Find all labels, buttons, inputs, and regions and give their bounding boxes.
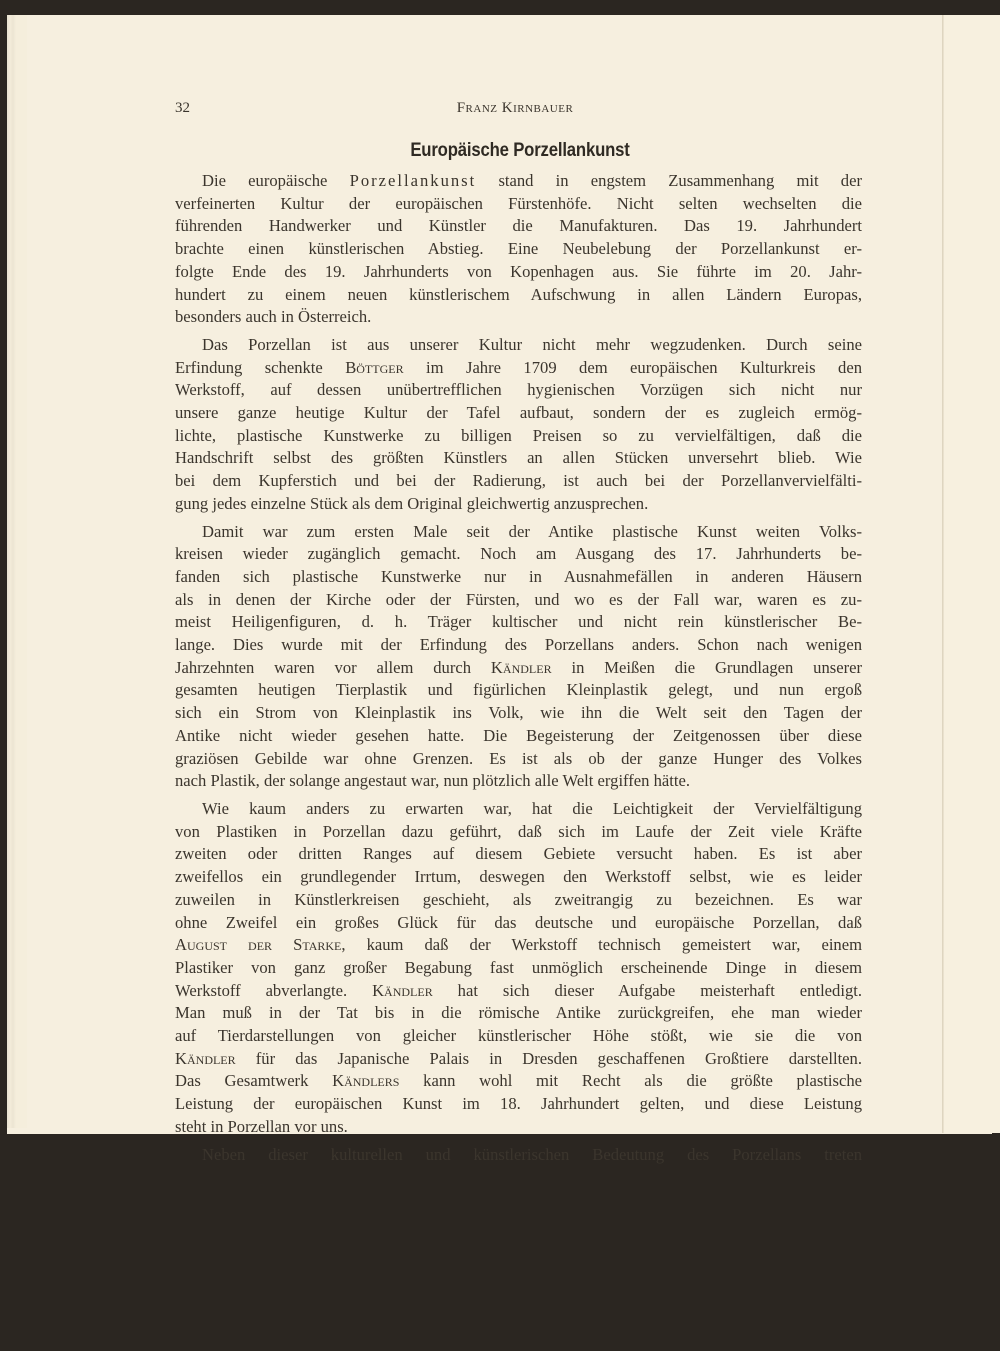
text-line: kreisen wieder zugänglich gemacht. Noch … [175, 543, 862, 566]
text-line: folgte Ende des 19. Jahrhunderts von Kop… [175, 261, 862, 284]
page-left-edge [7, 15, 27, 1130]
paragraph: Damit war zum ersten Male seit der Antik… [175, 521, 862, 793]
text-line: lange. Dies wurde mit der Erfindung des … [175, 634, 862, 657]
text-line: Die europäische Porzellankunst stand in … [175, 170, 862, 193]
text-line: steht in Porzellan vor uns. [175, 1116, 862, 1139]
text-line: Handschrift selbst des größten Künstlers… [175, 447, 862, 470]
text-line: meist Heiligenfiguren, d. h. Träger kult… [175, 611, 862, 634]
text-line: graziösen Gebilde war ohne Grenzen. Es i… [175, 748, 862, 771]
text-line: verfeinerten Kultur der europäischen Für… [175, 193, 862, 216]
text-line: Das Gesamtwerk Kändlers kann wohl mit Re… [175, 1070, 862, 1093]
text-line: Neben dieser kulturellen und künstlerisc… [175, 1144, 862, 1167]
text-line: Wie kaum anders zu erwarten war, hat die… [175, 798, 862, 821]
text-line: auf Tierdarstellungen von gleicher künst… [175, 1025, 862, 1048]
text-line: brachte einen künstlerischen Abstieg. Ei… [175, 238, 862, 261]
text-line: sich ein Strom von Kleinplastik ins Volk… [175, 702, 862, 725]
text-line: nach Plastik, der solange angestaut war,… [175, 770, 862, 793]
text-line: als in denen der Kirche oder der Fürsten… [175, 589, 862, 612]
person-name: Kändler [175, 1049, 236, 1068]
running-head-author: Franz Kirnbauer [175, 100, 855, 117]
text-line: Plastiker von ganz großer Begabung fast … [175, 957, 862, 980]
text-line: Antike nicht wieder gesehen hatte. Die B… [175, 725, 862, 748]
paragraph: Neben dieser kulturellen und künstlerisc… [175, 1144, 862, 1167]
text-line: fanden sich plastische Kunstwerke nur in… [175, 566, 862, 589]
text-line: bei dem Kupferstich und bei der Radierun… [175, 470, 862, 493]
text-line: Kändler für das Japanische Palais in Dre… [175, 1048, 862, 1071]
text-line: Werkstoff, auf dessen unübertrefflichen … [175, 379, 862, 402]
section-title: Europäische Porzellankunst [216, 140, 823, 162]
text-line: August der Starke, kaum daß der Werkstof… [175, 934, 862, 957]
text-line: zweiten oder dritten Ranges auf diesem G… [175, 843, 862, 866]
text-line: Erfindung schenkte Böttger im Jahre 1709… [175, 357, 862, 380]
paragraph: Die europäische Porzellankunst stand in … [175, 170, 862, 329]
person-name: Kändler [491, 658, 552, 677]
text-line: Jahrzehnten waren vor allem durch Kändle… [175, 657, 862, 680]
text-line: gesamten heutigen Tierplastik und figürl… [175, 679, 862, 702]
text-line: von Plastiken in Porzellan dazu geführt,… [175, 821, 862, 844]
body-text: Die europäische Porzellankunst stand in … [175, 170, 862, 1171]
text-line: Man muß in der Tat bis in die römische A… [175, 1002, 862, 1025]
paragraph: Wie kaum anders zu erwarten war, hat die… [175, 798, 862, 1139]
text-line: Leistung der europäischen Kunst im 18. J… [175, 1093, 862, 1116]
text-line: lichte, plastische Kunstwerke zu billige… [175, 425, 862, 448]
text-line: Damit war zum ersten Male seit der Antik… [175, 521, 862, 544]
person-name: August der Starke [175, 935, 341, 954]
emphasized-term: Porzellankunst [350, 171, 477, 190]
text-line: zweifellos ein grundlegender Irrtum, des… [175, 866, 862, 889]
text-line: Werkstoff abverlangte. Kändler hat sich … [175, 980, 862, 1003]
text-line: zuweilen in Künstlerkreisen geschieht, a… [175, 889, 862, 912]
text-line: unsere ganze heutige Kultur der Tafel au… [175, 402, 862, 425]
adjacent-page-edge [944, 15, 1000, 1133]
person-name: Kändlers [332, 1071, 399, 1090]
text-line: Das Porzellan ist aus unserer Kultur nic… [175, 334, 862, 357]
text-line: gung jedes einzelne Stück als dem Origin… [175, 493, 862, 516]
running-head: 32 Franz Kirnbauer [175, 100, 855, 122]
text-line: hundert zu einem neuen künstlerischem Au… [175, 284, 862, 307]
paragraph: Das Porzellan ist aus unserer Kultur nic… [175, 334, 862, 516]
person-name: Böttger [345, 358, 403, 377]
scanned-page: 32 Franz Kirnbauer Europäische Porzellan… [0, 0, 1000, 1351]
text-line: führenden Handwerker und Künstler die Ma… [175, 215, 862, 238]
person-name: Kändler [372, 981, 433, 1000]
text-line: besonders auch in Österreich. [175, 306, 862, 329]
text-line: ohne Zweifel ein großes Glück für das de… [175, 912, 862, 935]
